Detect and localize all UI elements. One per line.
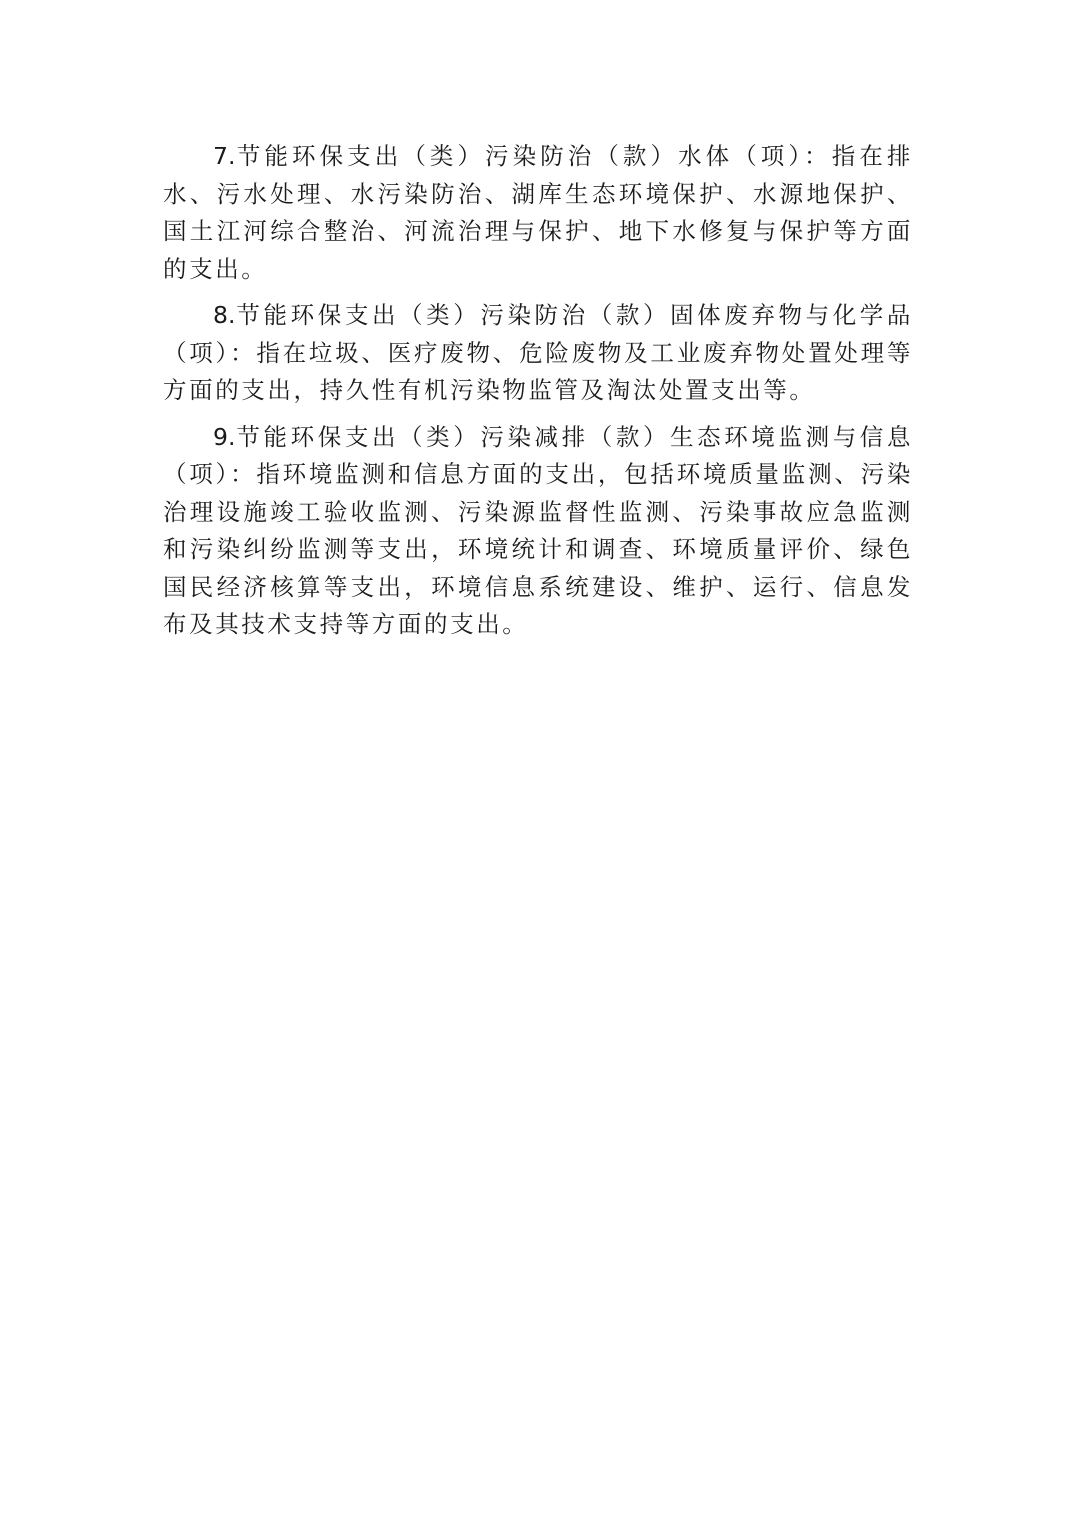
paragraph-text: 节能环保支出（类）污染防治（款）水体（项）：指在排水、污水处理、水污染防治、湖库… [163,142,913,283]
paragraph-number: 7. [213,142,235,170]
document-page: 7.节能环保支出（类）污染防治（款）水体（项）：指在排水、污水处理、水污染防治、… [163,138,913,653]
paragraph-text: 节能环保支出（类）污染减排（款）生态环境监测与信息（项）：指环境监测和信息方面的… [163,423,913,639]
paragraph-item-8: 8.节能环保支出（类）污染防治（款）固体废弃物与化学品（项）：指在垃圾、医疗废物… [163,297,913,410]
paragraph-text: 节能环保支出（类）污染防治（款）固体废弃物与化学品（项）：指在垃圾、医疗废物、危… [163,301,913,404]
paragraph-item-7: 7.节能环保支出（类）污染防治（款）水体（项）：指在排水、污水处理、水污染防治、… [163,138,913,288]
paragraph-number: 9. [213,423,235,451]
paragraph-item-9: 9.节能环保支出（类）污染减排（款）生态环境监测与信息（项）：指环境监测和信息方… [163,419,913,644]
paragraph-number: 8. [213,301,235,329]
